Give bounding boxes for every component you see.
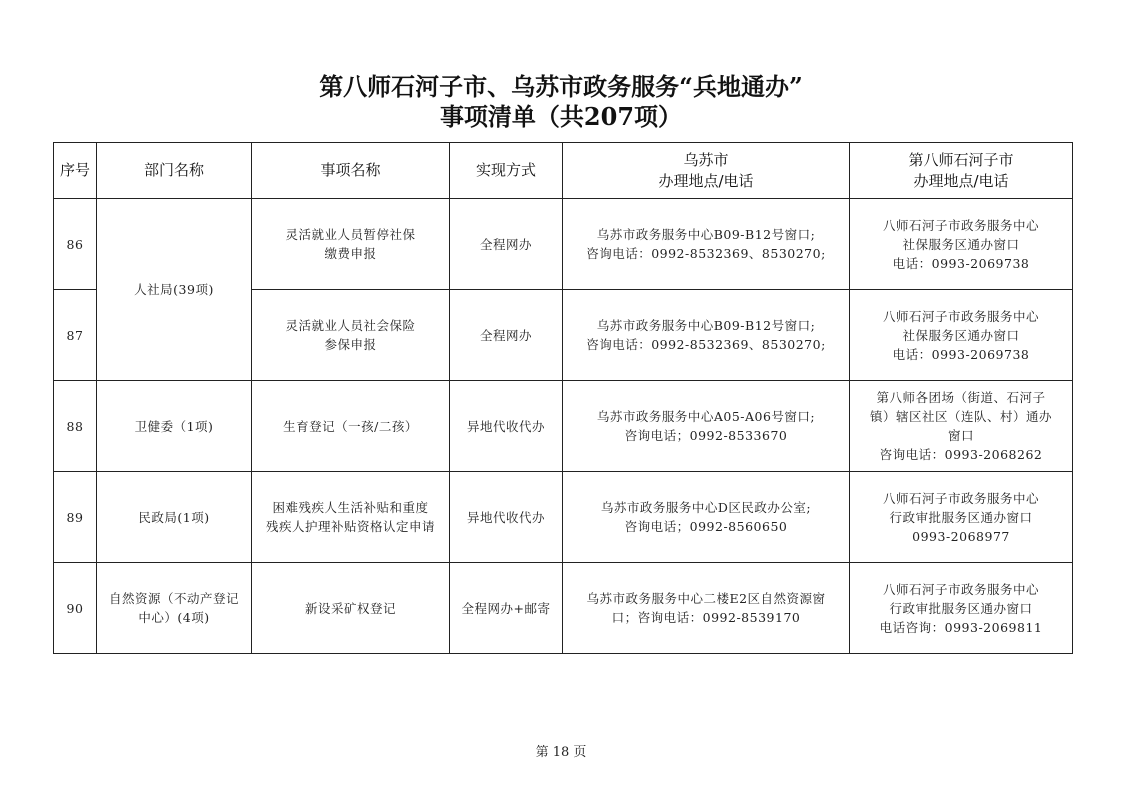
shihezi-line: 0993-2068977 bbox=[853, 527, 1069, 546]
row-seq: 90 bbox=[54, 563, 97, 654]
shihezi-line: 八师石河子市政务服务中心 bbox=[853, 307, 1069, 326]
row-item: 困难残疾人生活补贴和重度 残疾人护理补贴资格认定申请 bbox=[252, 472, 450, 563]
header-shihezi-line2: 办理地点/电话 bbox=[853, 171, 1069, 192]
wusu-line: 乌苏市政务服务中心B09-B12号窗口; bbox=[566, 316, 846, 335]
shihezi-line: 镇）辖区社区（连队、村）通办 bbox=[853, 407, 1069, 426]
shihezi-line: 八师石河子市政务服务中心 bbox=[853, 216, 1069, 235]
shihezi-line: 咨询电话：0993-2068262 bbox=[853, 445, 1069, 464]
shihezi-line: 电话咨询：0993-2069811 bbox=[853, 618, 1069, 637]
shihezi-line: 电话：0993-2069738 bbox=[853, 345, 1069, 364]
item-line: 残疾人护理补贴资格认定申请 bbox=[255, 517, 446, 536]
wusu-line: 乌苏市政务服务中心A05-A06号窗口; bbox=[566, 407, 846, 426]
table-row: 88 卫健委（1项) 生育登记（一孩/二孩） 异地代收代办 乌苏市政务服务中心A… bbox=[54, 381, 1073, 472]
shihezi-line: 窗口 bbox=[853, 426, 1069, 445]
shihezi-line: 行政审批服务区通办窗口 bbox=[853, 508, 1069, 527]
wusu-line: 口；咨询电话：0992-8539170 bbox=[566, 608, 846, 627]
header-wusu-line1: 乌苏市 bbox=[566, 150, 846, 171]
row-seq: 87 bbox=[54, 290, 97, 381]
row-seq: 86 bbox=[54, 199, 97, 290]
row-method: 异地代收代办 bbox=[450, 472, 563, 563]
shihezi-line: 社保服务区通办窗口 bbox=[853, 235, 1069, 254]
header-shihezi-location: 第八师石河子市 办理地点/电话 bbox=[850, 143, 1073, 199]
row-shihezi-location: 八师石河子市政务服务中心 行政审批服务区通办窗口 0993-2068977 bbox=[850, 472, 1073, 563]
table-row: 89 民政局(1项) 困难残疾人生活补贴和重度 残疾人护理补贴资格认定申请 异地… bbox=[54, 472, 1073, 563]
wusu-line: 乌苏市政务服务中心二楼E2区自然资源窗 bbox=[566, 589, 846, 608]
wusu-line: 咨询电话：0992-8532369、8530270; bbox=[566, 335, 846, 354]
row-seq: 89 bbox=[54, 472, 97, 563]
item-line: 参保申报 bbox=[255, 335, 446, 354]
shihezi-line: 八师石河子市政务服务中心 bbox=[853, 580, 1069, 599]
header-seq: 序号 bbox=[54, 143, 97, 199]
table-row: 90 自然资源（不动产登记 中心）(4项) 新设采矿权登记 全程网办+邮寄 乌苏… bbox=[54, 563, 1073, 654]
header-wusu-line2: 办理地点/电话 bbox=[566, 171, 846, 192]
wusu-line: 咨询电话：0992-8532369、8530270; bbox=[566, 244, 846, 263]
items-table: 序号 部门名称 事项名称 实现方式 乌苏市 办理地点/电话 第八师石河子市 办理… bbox=[53, 142, 1073, 654]
wusu-line: 乌苏市政务服务中心D区民政办公室; bbox=[566, 498, 846, 517]
row-wusu-location: 乌苏市政务服务中心B09-B12号窗口; 咨询电话：0992-8532369、8… bbox=[563, 199, 850, 290]
document-title: 第八师石河子市、乌苏市政务服务“兵地通办” bbox=[0, 72, 1122, 102]
wusu-line: 咨询电话；0992-8560650 bbox=[566, 517, 846, 536]
row-wusu-location: 乌苏市政务服务中心二楼E2区自然资源窗 口；咨询电话：0992-8539170 bbox=[563, 563, 850, 654]
table-header-row: 序号 部门名称 事项名称 实现方式 乌苏市 办理地点/电话 第八师石河子市 办理… bbox=[54, 143, 1073, 199]
header-department: 部门名称 bbox=[97, 143, 252, 199]
document-subtitle: 事项清单（共207项） bbox=[0, 102, 1122, 132]
page-number: 第 18 页 bbox=[0, 741, 1122, 760]
wusu-line: 咨询电话；0992-8533670 bbox=[566, 426, 846, 445]
row-method: 全程网办 bbox=[450, 290, 563, 381]
row-shihezi-location: 第八师各团场（街道、石河子 镇）辖区社区（连队、村）通办 窗口 咨询电话：099… bbox=[850, 381, 1073, 472]
header-item: 事项名称 bbox=[252, 143, 450, 199]
row-item: 新设采矿权登记 bbox=[252, 563, 450, 654]
row-item: 生育登记（一孩/二孩） bbox=[252, 381, 450, 472]
row-item: 灵活就业人员暂停社保 缴费申报 bbox=[252, 199, 450, 290]
row-wusu-location: 乌苏市政务服务中心B09-B12号窗口; 咨询电话：0992-8532369、8… bbox=[563, 290, 850, 381]
header-wusu-location: 乌苏市 办理地点/电话 bbox=[563, 143, 850, 199]
row-shihezi-location: 八师石河子市政务服务中心 行政审批服务区通办窗口 电话咨询：0993-20698… bbox=[850, 563, 1073, 654]
row-shihezi-location: 八师石河子市政务服务中心 社保服务区通办窗口 电话：0993-2069738 bbox=[850, 199, 1073, 290]
item-line: 缴费申报 bbox=[255, 244, 446, 263]
wusu-line: 乌苏市政务服务中心B09-B12号窗口; bbox=[566, 225, 846, 244]
row-shihezi-location: 八师石河子市政务服务中心 社保服务区通办窗口 电话：0993-2069738 bbox=[850, 290, 1073, 381]
table-row: 86 人社局(39项) 灵活就业人员暂停社保 缴费申报 全程网办 乌苏市政务服务… bbox=[54, 199, 1073, 290]
item-line: 困难残疾人生活补贴和重度 bbox=[255, 498, 446, 517]
department-line: 中心）(4项) bbox=[100, 608, 248, 627]
row-wusu-location: 乌苏市政务服务中心D区民政办公室; 咨询电话；0992-8560650 bbox=[563, 472, 850, 563]
row-seq: 88 bbox=[54, 381, 97, 472]
shihezi-line: 八师石河子市政务服务中心 bbox=[853, 489, 1069, 508]
row-department: 人社局(39项) bbox=[97, 199, 252, 381]
item-line: 灵活就业人员暂停社保 bbox=[255, 225, 446, 244]
shihezi-line: 行政审批服务区通办窗口 bbox=[853, 599, 1069, 618]
item-line: 灵活就业人员社会保险 bbox=[255, 316, 446, 335]
row-department: 自然资源（不动产登记 中心）(4项) bbox=[97, 563, 252, 654]
shihezi-line: 社保服务区通办窗口 bbox=[853, 326, 1069, 345]
row-department: 卫健委（1项) bbox=[97, 381, 252, 472]
shihezi-line: 第八师各团场（街道、石河子 bbox=[853, 388, 1069, 407]
header-method: 实现方式 bbox=[450, 143, 563, 199]
row-item: 灵活就业人员社会保险 参保申报 bbox=[252, 290, 450, 381]
row-department: 民政局(1项) bbox=[97, 472, 252, 563]
row-method: 全程网办+邮寄 bbox=[450, 563, 563, 654]
shihezi-line: 电话：0993-2069738 bbox=[853, 254, 1069, 273]
header-shihezi-line1: 第八师石河子市 bbox=[853, 150, 1069, 171]
department-line: 自然资源（不动产登记 bbox=[100, 589, 248, 608]
row-method: 异地代收代办 bbox=[450, 381, 563, 472]
row-wusu-location: 乌苏市政务服务中心A05-A06号窗口; 咨询电话；0992-8533670 bbox=[563, 381, 850, 472]
row-method: 全程网办 bbox=[450, 199, 563, 290]
